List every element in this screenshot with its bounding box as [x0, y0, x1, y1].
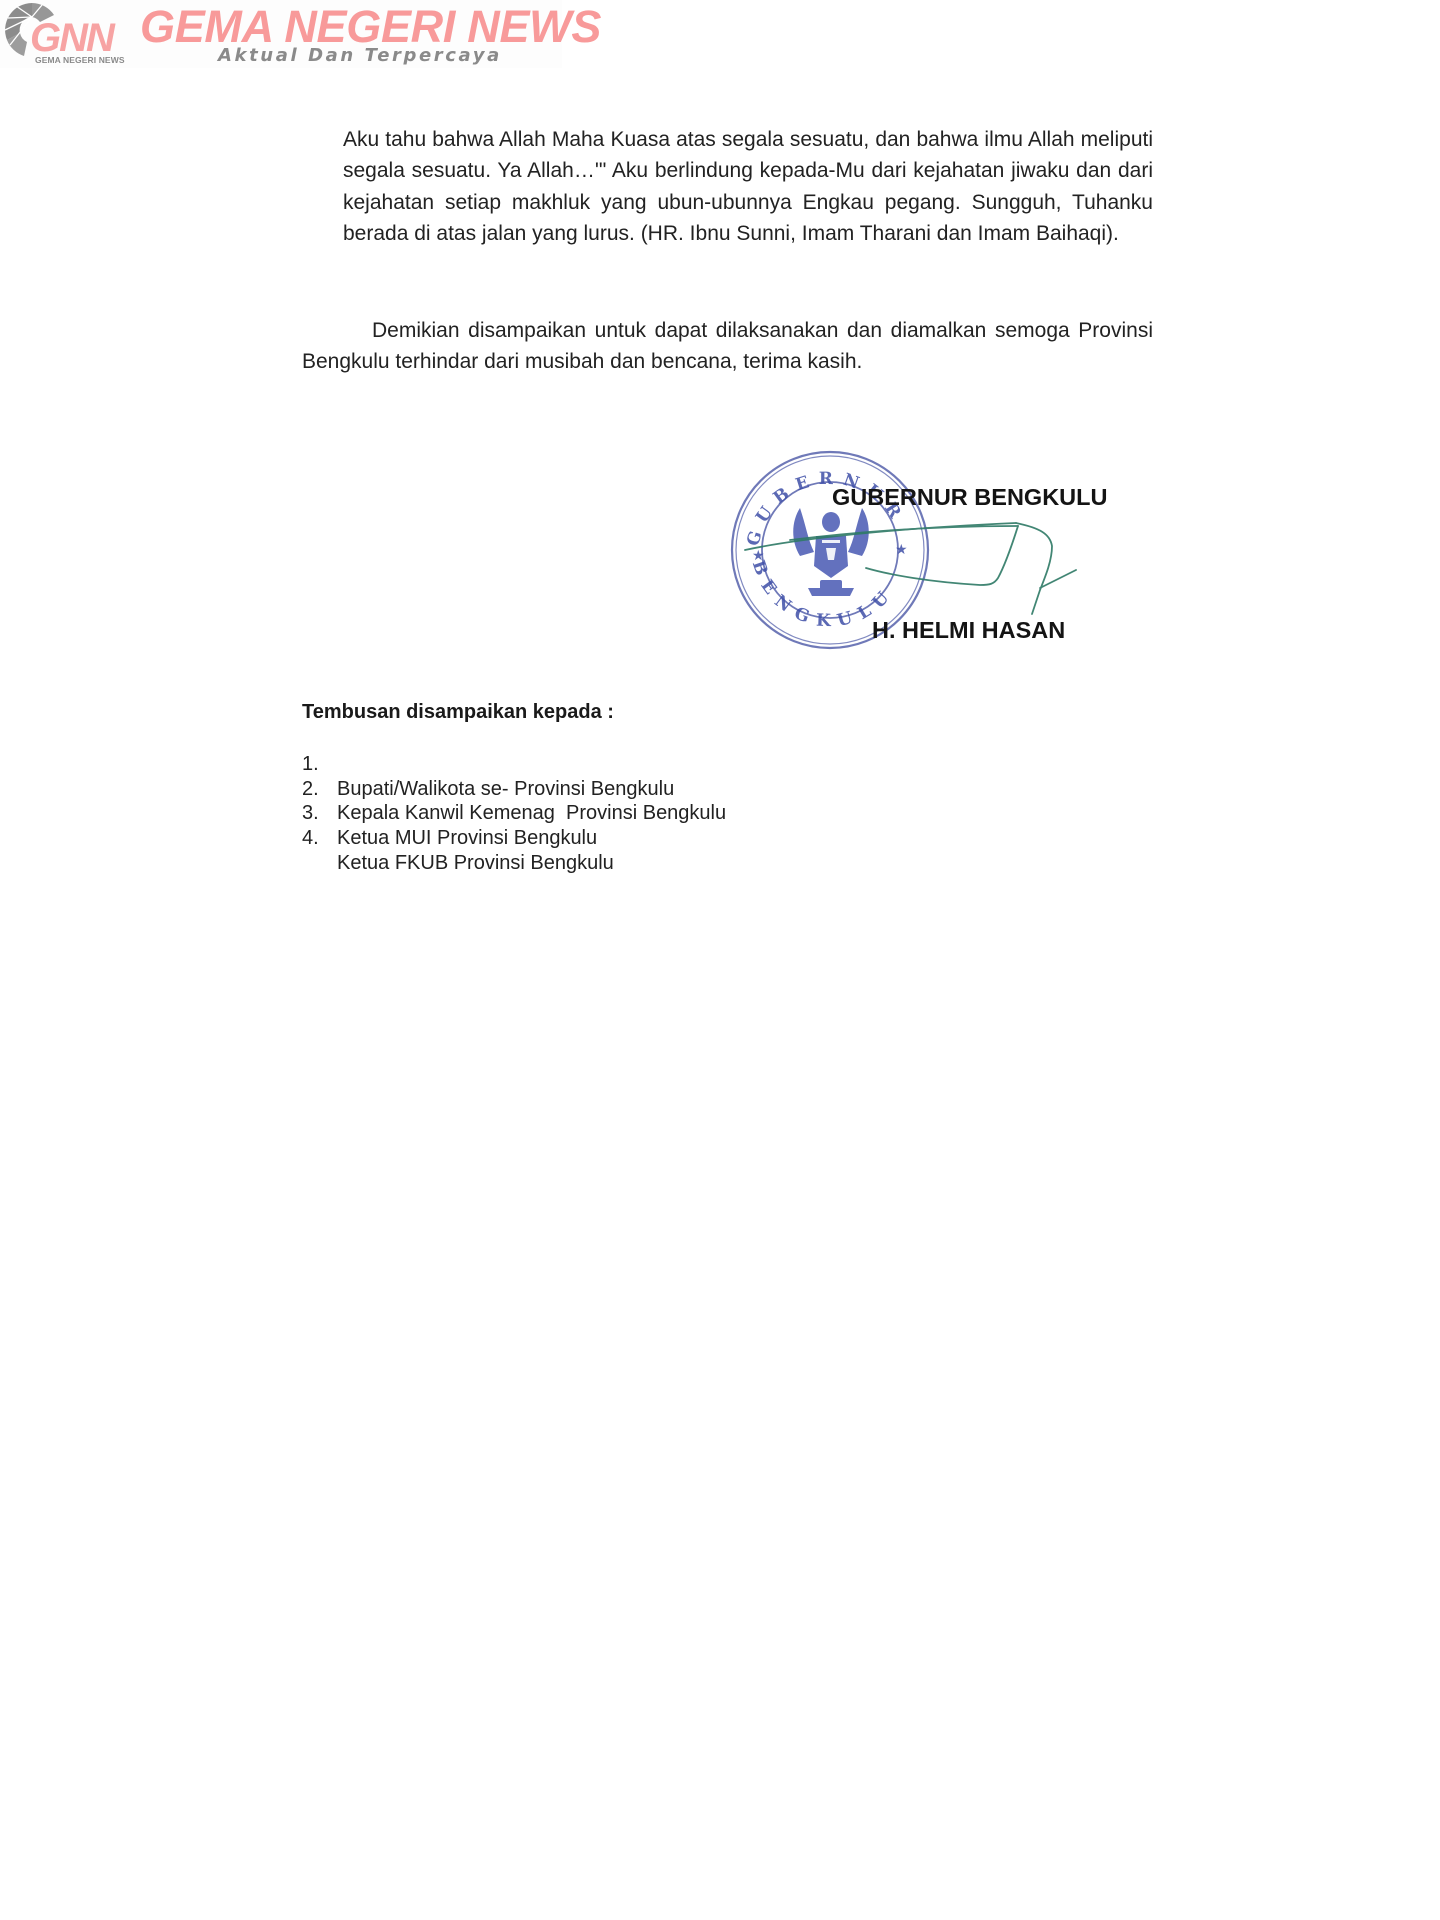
signatory-name: H. HELMI HASAN: [872, 617, 1065, 643]
list-item: 3. Ketua MUI Provinsi Bengkulu: [302, 777, 324, 802]
quote-paragraph: Aku tahu bahwa Allah Maha Kuasa atas seg…: [343, 124, 1153, 250]
list-number: 4.: [302, 826, 319, 851]
list-item: 2. Kepala Kanwil Kemenag Provinsi Bengku…: [302, 752, 324, 777]
list-text: Ketua MUI Provinsi Bengkulu: [337, 826, 597, 851]
logo-wordmark: GNN: [30, 16, 113, 60]
list-text: Kepala Kanwil Kemenag Provinsi Bengkulu: [337, 801, 726, 826]
cc-heading: Tembusan disampaikan kepada :: [302, 700, 614, 724]
cc-list: 1. Bupati/Walikota se- Provinsi Bengkulu…: [302, 727, 324, 826]
list-item: 1. Bupati/Walikota se- Provinsi Bengkulu: [302, 727, 324, 752]
signatory-title: GUBERNUR BENGKULU: [832, 484, 1107, 510]
site-tagline: Aktual Dan Terpercaya: [218, 45, 502, 67]
closing-paragraph: Demikian disampaikan untuk dapat dilaksa…: [302, 315, 1153, 378]
list-text: Ketua FKUB Provinsi Bengkulu: [337, 851, 614, 876]
svg-text:★: ★: [752, 548, 765, 564]
svg-text:★: ★: [895, 542, 908, 558]
site-banner: GNN GEMA NEGERI NEWS GEMA NEGERI NEWS Ak…: [0, 0, 562, 68]
list-item: 4. Ketua FKUB Provinsi Bengkulu: [302, 801, 324, 826]
list-text: Bupati/Walikota se- Provinsi Bengkulu: [337, 777, 674, 802]
logo-subtext: GEMA NEGERI NEWS: [35, 55, 125, 65]
